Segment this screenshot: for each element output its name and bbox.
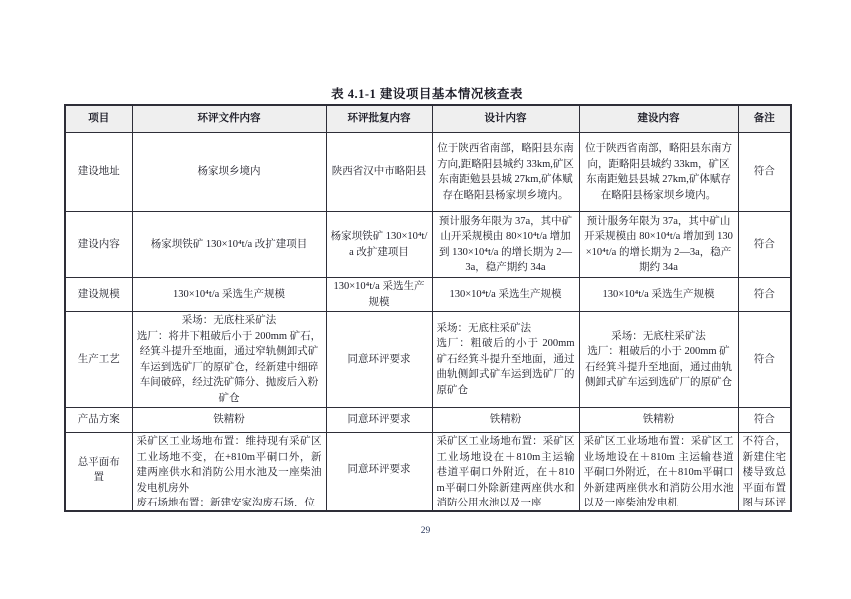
cell-eia-doc: 杨家坝铁矿 130×10⁴t/a 改扩建项目 <box>132 212 326 278</box>
cell-design: 铁精粉 <box>432 408 579 433</box>
cell-design: 130×10⁴t/a 采选生产规模 <box>432 278 579 312</box>
cell-remark: 符合 <box>738 212 791 278</box>
cell-item: 总平面布置 <box>65 433 132 511</box>
cell-eia-doc: 采场：无底柱采矿法 选厂：将井下粗破后小于 200mm 矿石，经箕斗提升至地面，… <box>132 312 326 408</box>
cell-item: 建设地址 <box>65 133 132 212</box>
cell-eia-doc: 采矿区工业场地布置：维持现有采矿区工业场地不变，在+810m平硐口外，新建两座供… <box>132 433 326 511</box>
cell-design: 采场：无底柱采矿法 选厂：粗破后的小于 200mm 矿石经箕斗提升至地面，通过曲… <box>432 312 579 408</box>
col-header-design: 设计内容 <box>432 105 579 133</box>
table-title: 表 4.1-1 建设项目基本情况核查表 <box>64 84 790 102</box>
cell-construction: 铁精粉 <box>579 408 738 433</box>
cell-eia-approval: 杨家坝铁矿 130×10⁴t/a 改扩建项目 <box>326 212 432 278</box>
cell-design: 采矿区工业场地布置：采矿区工业场地设在＋810m主运输巷道平硐口外附近，在＋81… <box>432 433 579 511</box>
cell-eia-doc: 杨家坝乡境内 <box>132 133 326 212</box>
table-row-product: 产品方案 铁精粉 同意环评要求 铁精粉 铁精粉 符合 <box>65 408 791 433</box>
cell-item-text: 总平面布置 <box>74 434 124 506</box>
cell-design: 预计服务年限为 37a，其中矿山开采规模由 80×10⁴t/a 增加到 130×… <box>432 212 579 278</box>
cell-item: 建设规模 <box>65 278 132 312</box>
cell-design-text: 采矿区工业场地布置：采矿区工业场地设在＋810m主运输巷道平硐口外附近，在＋81… <box>437 434 575 506</box>
cell-item: 生产工艺 <box>65 312 132 408</box>
cell-eia-doc: 铁精粉 <box>132 408 326 433</box>
table-row-content: 建设内容 杨家坝铁矿 130×10⁴t/a 改扩建项目 杨家坝铁矿 130×10… <box>65 212 791 278</box>
page-number: 29 <box>0 526 851 536</box>
cell-construction: 采场：无底柱采矿法 选厂：粗破后的小于 200mm 矿石经箕斗提升至地面，通过曲… <box>579 312 738 408</box>
col-header-remark: 备注 <box>738 105 791 133</box>
cell-construction-text: 采矿区工业场地布置：采矿区工业场地设在＋810m 主运输巷道平硐口外附近，在＋8… <box>584 434 734 506</box>
cell-construction: 预计服务年限为 37a，其中矿山开采规模由 80×10⁴t/a 增加到 130×… <box>579 212 738 278</box>
cell-construction: 采矿区工业场地布置：采矿区工业场地设在＋810m 主运输巷道平硐口外附近，在＋8… <box>579 433 738 511</box>
cell-eia-approval-text: 同意环评要求 <box>331 434 428 506</box>
cell-eia-doc-text: 采矿区工业场地布置：维持现有采矿区工业场地不变，在+810m平硐口外，新建两座供… <box>137 434 322 506</box>
project-check-table: 项目 环评文件内容 环评批复内容 设计内容 建设内容 备注 建设地址 杨家坝乡境… <box>64 104 792 512</box>
table-row-address: 建设地址 杨家坝乡境内 陕西省汉中市略阳县 位于陕西省南部，略阳县东南方向,距略… <box>65 133 791 212</box>
cell-eia-doc: 130×10⁴t/a 采选生产规模 <box>132 278 326 312</box>
cell-item: 产品方案 <box>65 408 132 433</box>
header-row: 项目 环评文件内容 环评批复内容 设计内容 建设内容 备注 <box>65 105 791 133</box>
cell-remark: 符合 <box>738 133 791 212</box>
col-header-construction: 建设内容 <box>579 105 738 133</box>
cell-remark: 符合 <box>738 408 791 433</box>
cell-eia-approval: 130×10⁴t/a 采选生产规模 <box>326 278 432 312</box>
cell-eia-approval: 陕西省汉中市略阳县 <box>326 133 432 212</box>
table-row-scale: 建设规模 130×10⁴t/a 采选生产规模 130×10⁴t/a 采选生产规模… <box>65 278 791 312</box>
cell-eia-approval: 同意环评要求 <box>326 433 432 511</box>
cell-remark: 不符合，新建住宅楼导致总平面布置图与环评文件中总平 <box>738 433 791 511</box>
col-header-eia-approval: 环评批复内容 <box>326 105 432 133</box>
col-header-eia-doc: 环评文件内容 <box>132 105 326 133</box>
cell-eia-approval: 同意环评要求 <box>326 408 432 433</box>
cell-remark: 符合 <box>738 278 791 312</box>
cell-construction: 130×10⁴t/a 采选生产规模 <box>579 278 738 312</box>
cell-construction: 位于陕西省南部，略阳县东南方向，距略阳县城约 33km，矿区东南距勉县县城 27… <box>579 133 738 212</box>
document-page: 表 4.1-1 建设项目基本情况核查表 项目 环评文件内容 环评批复内容 设计内… <box>0 0 851 599</box>
cell-design: 位于陕西省南部，略阳县东南方向,距略阳县城约 33km,矿区东南距勉县县城 27… <box>432 133 579 212</box>
cell-remark: 符合 <box>738 312 791 408</box>
table-row-layout: 总平面布置 采矿区工业场地布置：维持现有采矿区工业场地不变，在+810m平硐口外… <box>65 433 791 511</box>
table-row-process: 生产工艺 采场：无底柱采矿法 选厂：将井下粗破后小于 200mm 矿石，经箕斗提… <box>65 312 791 408</box>
cell-item: 建设内容 <box>65 212 132 278</box>
cell-remark-text: 不符合，新建住宅楼导致总平面布置图与环评文件中总平 <box>743 434 787 506</box>
cell-eia-approval: 同意环评要求 <box>326 312 432 408</box>
col-header-item: 项目 <box>65 105 132 133</box>
